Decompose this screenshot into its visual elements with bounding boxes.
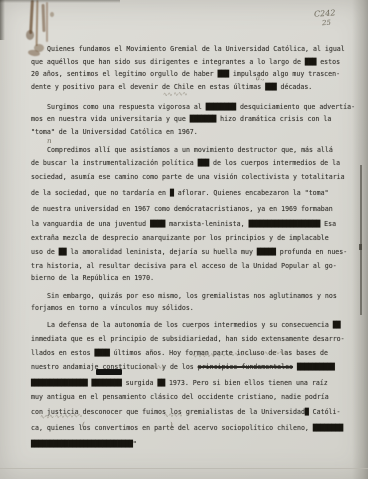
typed-line: que aquéllos que han sido sus dirigentes…: [31, 58, 340, 66]
typed-text: La defensa de la autonomía de los cuerpo…: [47, 321, 333, 329]
redacted-text: ████████: [92, 379, 122, 387]
typed-line: nuestro andamiaje constitucional y de lo…: [31, 363, 335, 371]
handwritten-note-surgida: (∿∿∿): [146, 364, 163, 372]
typed-text: uso de: [31, 248, 59, 256]
typed-line: extraña mezcla de desprecio anarquizante…: [31, 234, 329, 242]
redacted-text: ████: [150, 220, 165, 228]
typed-text: marxista-leninista,: [165, 220, 248, 228]
redaction-patch: [96, 369, 122, 375]
redacted-text: █████: [257, 248, 276, 256]
ink-stain-drip: [42, 4, 46, 32]
typed-text: mos en nuestra vida universitaria y que: [31, 115, 190, 123]
typed-text: extraña mezcla de desprecio anarquizante…: [31, 234, 329, 242]
typed-line: "toma" de la Universidad Católica en 196…: [31, 128, 198, 136]
redacted-text: ██: [333, 321, 341, 329]
ink-stain-blot: [26, 30, 34, 40]
typed-line: bierno de la República en 1970.: [31, 274, 154, 282]
handwritten-paren-open: (: [82, 421, 85, 429]
handwritten-dos: d.,: [256, 74, 265, 83]
typed-text: estos: [316, 58, 340, 66]
handwritten-note-acervo: ∿∿∿∿: [164, 412, 182, 420]
typed-line: ca, quienes los convertimos en parte del…: [31, 424, 343, 432]
typed-text: que aquéllos que han sido sus dirigentes…: [31, 58, 305, 66]
typed-text: bierno de la República en 1970.: [31, 274, 154, 282]
typed-text: aflorar. Quienes encabezaron la "toma": [174, 189, 329, 197]
typed-line: Sin embargo, quizás por eso mismo, los g…: [31, 292, 337, 300]
typed-text: Esa: [320, 220, 336, 228]
typed-line: Surgimos como una respuesta vigorosa al …: [31, 103, 355, 111]
typed-text: 1973. Pero si bien ellos tienen una raíz: [165, 379, 328, 387]
scan-top-shade: [0, 0, 120, 3]
struck-text: principios fundamentales: [198, 363, 293, 371]
typed-text: surgida: [122, 379, 158, 387]
typed-line: mos en nuestra vida universitaria y que …: [31, 115, 331, 123]
typed-line: forjamos en torno a vínculos muy sólidos…: [31, 304, 194, 312]
typed-text: muy antigua en el pensamiento clásico de…: [31, 393, 329, 401]
typed-text: llados en estos: [31, 349, 95, 357]
redacted-text: ███████████████████████████: [31, 440, 133, 448]
typed-text: Católi-: [309, 408, 341, 416]
typed-text: desquiciamiento que advertía-: [236, 103, 355, 111]
typed-text: Compredimos allí que asistíamos a un mov…: [47, 146, 333, 154]
typed-text: inmediata que es el principio de subsidi…: [31, 335, 345, 343]
redacted-text: ███: [305, 58, 316, 66]
redacted-text: ███: [218, 70, 229, 78]
redacted-text: ███████████████: [31, 379, 88, 387]
typed-text: Sin embargo, quizás por eso mismo, los g…: [47, 292, 337, 300]
redacted-text: ████████: [313, 424, 343, 432]
handwritten-n-insertion: n: [47, 137, 52, 145]
typed-line: la vanguardia de una juventud ████ marxi…: [31, 220, 336, 228]
handwritten-paren-close: ): [170, 421, 173, 429]
typed-line: Compredimos allí que asistíamos a un mov…: [31, 146, 333, 154]
typed-line: de buscar la instrumentalización polític…: [31, 159, 340, 167]
typed-line: inmediata que es el principio de subsidi…: [31, 335, 345, 343]
ink-stain-drip: [29, 0, 34, 34]
ink-stain-blot: [50, 12, 54, 17]
typed-text: de la sociedad, que no tardaría en: [31, 189, 170, 197]
scanned-document-page: Quienes fundamos el Movimiento Gremial d…: [0, 0, 368, 479]
typed-line: ███████████████ ████████ surgida ██ 1973…: [31, 379, 328, 387]
typed-text: "toma" de la Universidad Católica en 196…: [31, 128, 198, 136]
typed-text: impulsado algo muy trascen-: [229, 70, 340, 78]
typed-line: dente y positivo para el devenir de Chil…: [31, 83, 312, 91]
typed-text: tra historia, al resultar decisiva para …: [31, 262, 337, 270]
redacted-text: ████: [95, 349, 110, 357]
typed-text: ": [133, 440, 137, 448]
typed-text: de buscar la instrumentalización polític…: [31, 159, 198, 167]
scan-corner-shade: [0, 0, 5, 40]
handwritten-note-profundo: ∿∿ ∿∿∿: [163, 91, 187, 99]
redacted-text: ███████: [190, 115, 216, 123]
redacted-text: ███████████████████: [249, 220, 321, 228]
typed-text: sociedad, asumía ese camino como parte d…: [31, 173, 345, 181]
typed-text: dente y positivo para el devenir de Chil…: [31, 83, 265, 91]
redacted-text: ██████████: [297, 363, 335, 371]
typed-text: forjamos en torno a vínculos muy sólidos…: [31, 304, 194, 312]
scan-bottom-line: [0, 468, 368, 469]
typed-line: 20 años, sentimos el legítimo orgullo de…: [31, 70, 340, 78]
typed-text: de los cuerpos intermedios de la: [209, 159, 340, 167]
page-edge-line: [360, 165, 362, 315]
typed-text: la vanguardia de una juventud: [31, 220, 150, 228]
redacted-text: ███: [265, 83, 276, 91]
corner-code-line2: 25: [322, 19, 331, 28]
typed-line: tra historia, al resultar decisiva para …: [31, 262, 337, 270]
typed-text: Surgimos como una respuesta vigorosa al: [47, 103, 206, 111]
typed-line: Quienes fundamos el Movimiento Gremial d…: [31, 45, 345, 53]
typed-line: La defensa de la autonomía de los cuerpo…: [31, 321, 340, 329]
typed-text: 20 años, sentimos el legítimo orgullo de…: [31, 70, 218, 78]
typed-line: muy antigua en el pensamiento clásico de…: [31, 393, 329, 401]
typed-text: hizo dramática crisis con la: [216, 115, 331, 123]
ink-stain-drip: [36, 0, 39, 46]
typed-text: la amoralidad leninista, dejaría su huel…: [66, 248, 257, 256]
typed-line: de nuestra universidad en 1967 como demó…: [31, 205, 333, 213]
ink-stain-drip: [46, 2, 48, 42]
typed-line: uso de ██ la amoralidad leninista, dejar…: [31, 248, 347, 256]
typed-line: de la sociedad, que no tardaría en █ afl…: [31, 189, 329, 197]
redacted-text: ████████: [206, 103, 236, 111]
typed-text: décadas.: [277, 83, 313, 91]
typed-line: ███████████████████████████": [31, 440, 137, 448]
typed-line: sociedad, asumía ese camino como parte d…: [31, 173, 345, 181]
redacted-text: ███: [198, 159, 209, 167]
typed-text: de nuestra universidad en 1967 como demó…: [31, 205, 333, 213]
handwritten-note-quienes: ∿∿∿ ∿∿∿∿∿∿: [40, 412, 82, 420]
typed-text: profunda en nues-: [276, 248, 347, 256]
typed-text: Quienes fundamos el Movimiento Gremial d…: [47, 45, 345, 53]
redacted-text: ██: [157, 379, 165, 387]
corner-code-line1: C242: [314, 8, 336, 18]
